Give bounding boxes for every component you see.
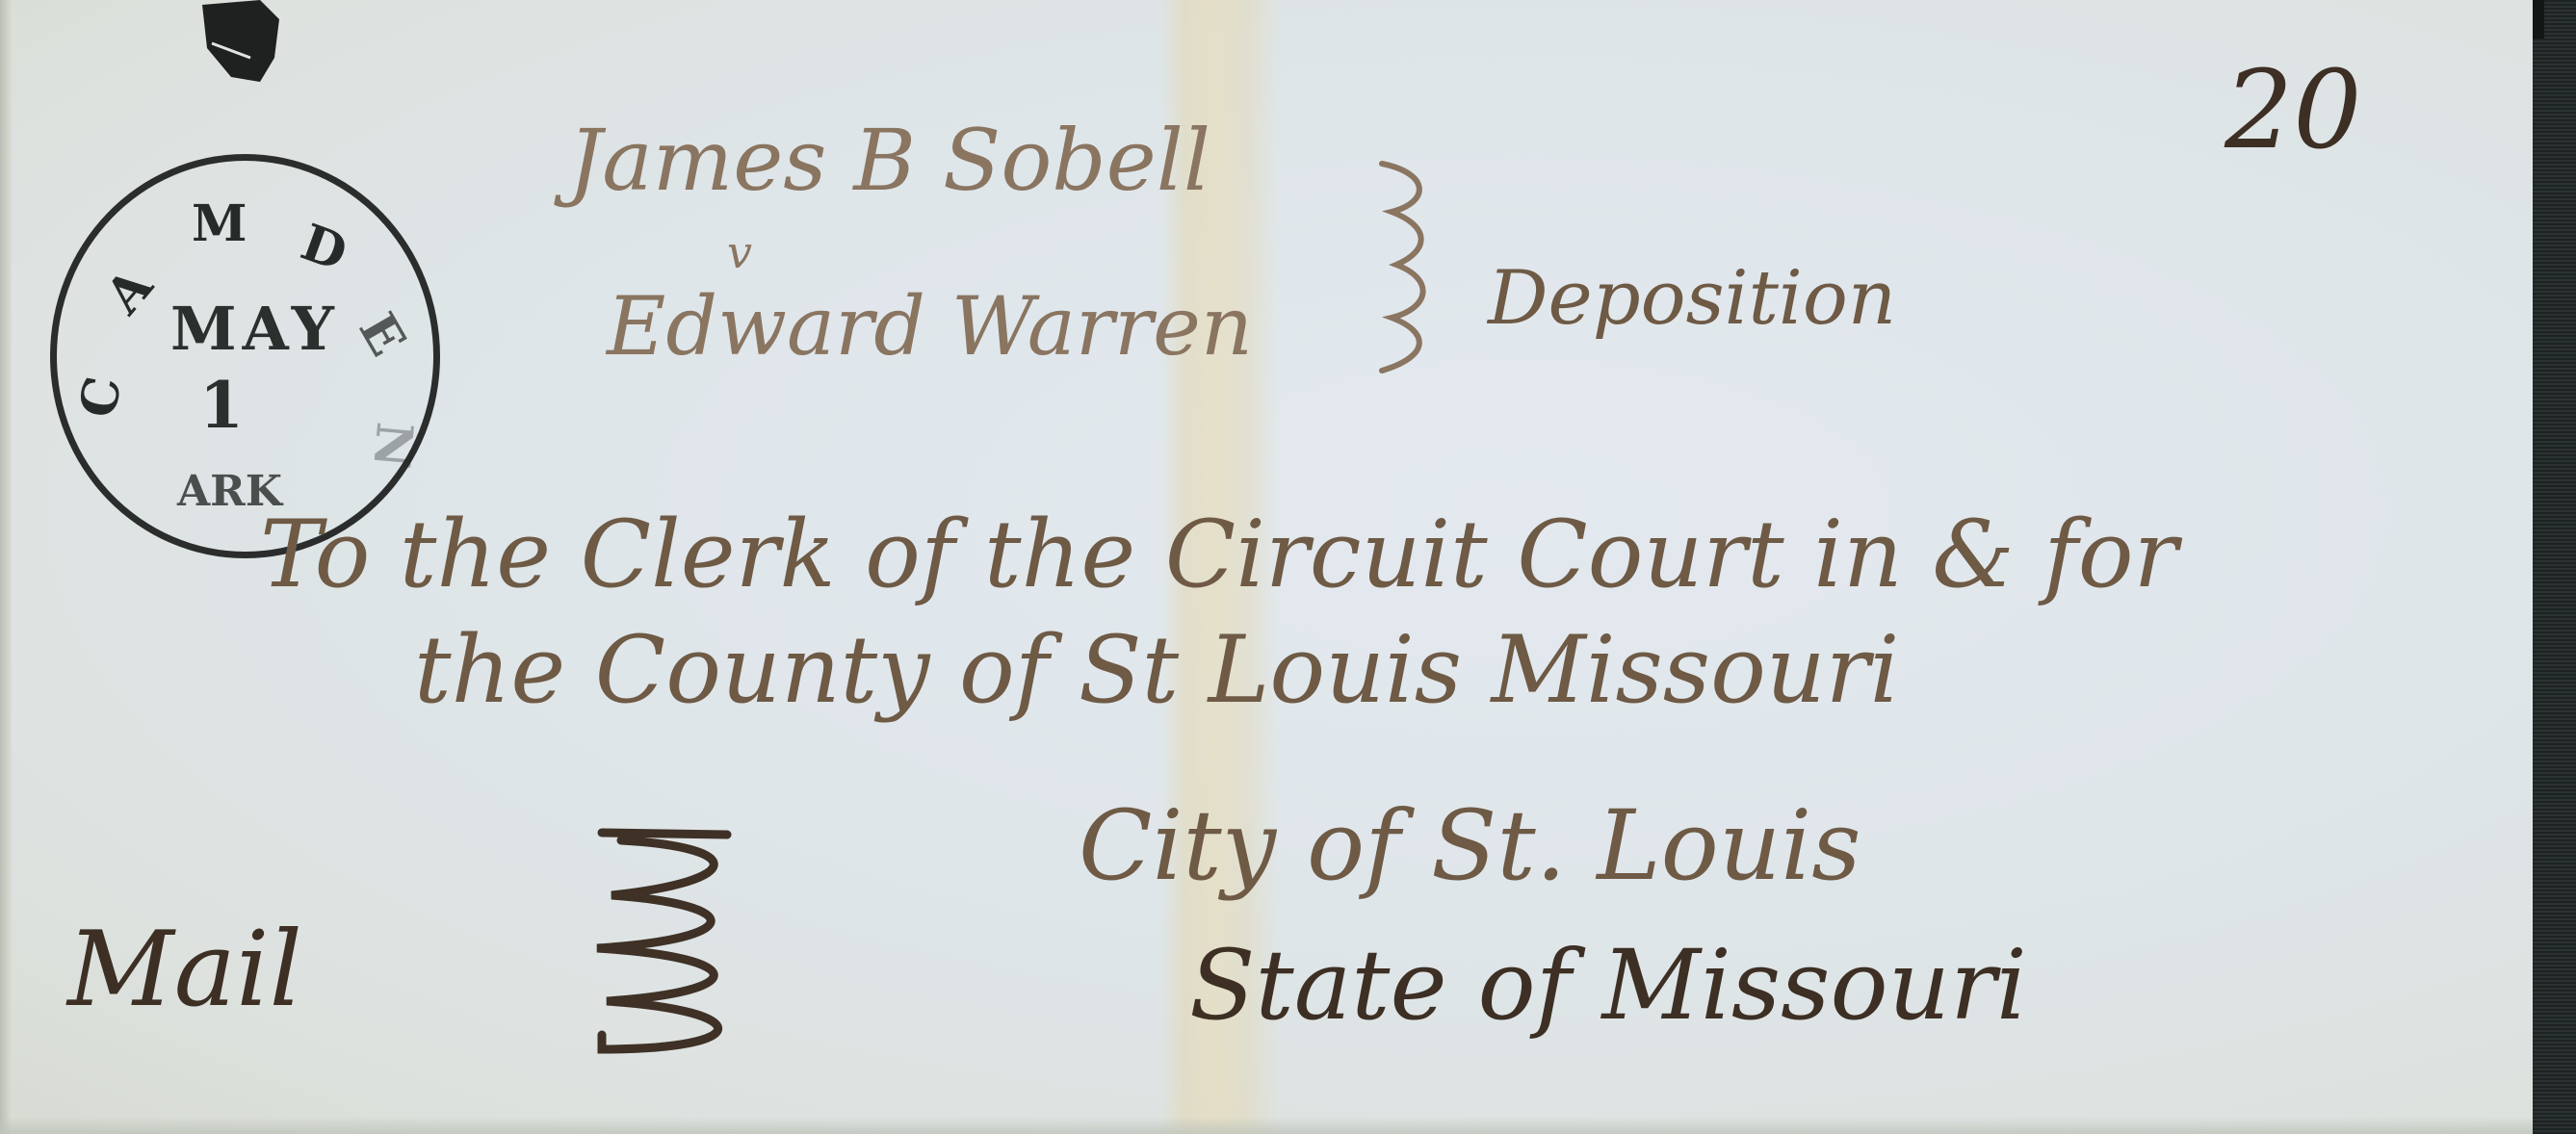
docket-defendant: Edward Warren [607, 279, 1253, 374]
curly-brace-icon [1372, 154, 1449, 375]
address-line-4: State of Missouri [1189, 929, 2027, 1042]
docket-plaintiff: James B Sobell [568, 111, 1210, 210]
address-line-1: To the Clerk of the Circuit Court in & f… [260, 501, 2177, 608]
scan-background-strip [2533, 0, 2576, 1134]
postmark-town-letter: D [294, 213, 354, 283]
fee-marking: 20 [2225, 48, 2362, 173]
postmark-day: 1 [199, 368, 244, 443]
address-line-3: City of St. Louis [1079, 789, 1861, 902]
ink-blot-icon [193, 0, 284, 87]
docket-versus: v [727, 226, 752, 278]
zigzag-flourish-icon [583, 823, 766, 1054]
postmark-month: MAY [170, 294, 340, 364]
routing-mail-label: Mail [67, 910, 302, 1030]
postmark-town-letter: N [361, 420, 424, 471]
postmark-town-letter: M [192, 194, 247, 253]
docket-label: Deposition [1488, 255, 1896, 342]
envelope-cover: C A M D E N MAY 1 ARK James B Sobell v E… [0, 0, 2538, 1134]
postmark-town-letter: C [68, 373, 133, 422]
postmark: C A M D E N MAY 1 ARK [50, 154, 440, 558]
scan-edge-tab [2533, 0, 2544, 39]
postmark-town-letter: E [347, 303, 417, 366]
postmark-town-letter: A [94, 257, 165, 324]
address-line-2: the County of St Louis Missouri [414, 616, 1899, 724]
